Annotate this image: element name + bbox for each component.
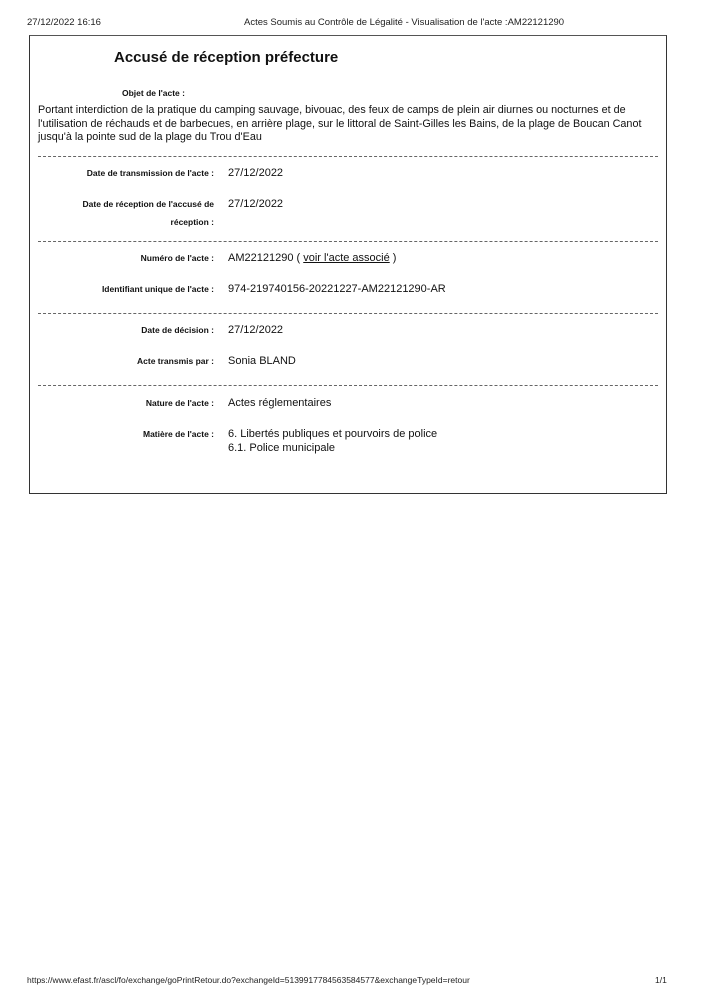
date-decision-label: Date de décision : xyxy=(24,321,214,339)
numero-label: Numéro de l'acte : xyxy=(24,249,214,267)
numero-value-group: AM22121290 ( voir l'acte associé ) xyxy=(228,251,396,265)
matiere-value-line2: 6.1. Police municipale xyxy=(228,442,335,454)
page-number: 1/1 xyxy=(655,975,667,985)
date-reception-label-line1: Date de réception de l'accusé de xyxy=(83,199,214,209)
separator xyxy=(38,385,658,386)
link-paren-open: ( xyxy=(297,252,301,264)
objet-label: Objet de l'acte : xyxy=(122,88,242,98)
transmis-par-value: Sonia BLAND xyxy=(228,354,296,368)
separator xyxy=(38,156,658,157)
separator xyxy=(38,241,658,242)
transmis-par-label: Acte transmis par : xyxy=(24,352,214,370)
date-reception-value: 27/12/2022 xyxy=(228,197,283,211)
footer-url: https://www.efast.fr/ascl/fo/exchange/go… xyxy=(27,975,470,985)
objet-text: Portant interdiction de la pratique du c… xyxy=(38,104,662,145)
page-title: Accusé de réception préfecture xyxy=(114,49,338,66)
matiere-value: 6. Libertés publiques et pourvoirs de po… xyxy=(228,427,437,455)
date-decision-value: 27/12/2022 xyxy=(228,323,283,337)
nature-value: Actes réglementaires xyxy=(228,396,331,410)
nature-label: Nature de l'acte : xyxy=(24,394,214,412)
date-transmission-label: Date de transmission de l'acte : xyxy=(24,164,214,182)
date-reception-label: Date de réception de l'accusé de récepti… xyxy=(24,195,214,231)
date-reception-label-line2: réception : xyxy=(171,217,214,227)
receipt-frame: Accusé de réception préfecture Objet de … xyxy=(29,35,667,494)
date-transmission-value: 27/12/2022 xyxy=(228,166,283,180)
matiere-label: Matière de l'acte : xyxy=(24,425,214,443)
print-datetime: 27/12/2022 16:16 xyxy=(27,17,101,28)
numero-value: AM22121290 xyxy=(228,252,293,264)
identifiant-value: 974-219740156-20221227-AM22121290-AR xyxy=(228,282,446,296)
print-title: Actes Soumis au Contrôle de Légalité - V… xyxy=(244,17,564,28)
matiere-value-line1: 6. Libertés publiques et pourvoirs de po… xyxy=(228,428,437,440)
link-paren-close: ) xyxy=(393,252,397,264)
voir-acte-link[interactable]: voir l'acte associé xyxy=(303,252,389,264)
separator xyxy=(38,313,658,314)
identifiant-label: Identifiant unique de l'acte : xyxy=(24,280,214,298)
